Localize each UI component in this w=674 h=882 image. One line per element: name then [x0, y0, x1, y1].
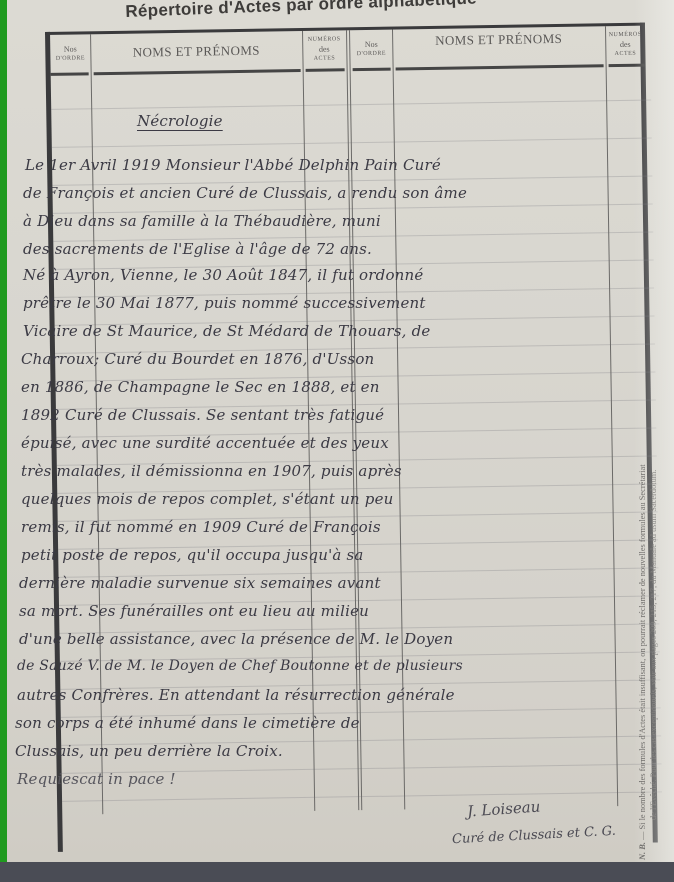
header-no-ordre-right: Nos d'ordre	[350, 30, 393, 69]
header-noms-left: NOMS ET PRÉNOMS	[90, 31, 303, 72]
header-rule	[51, 72, 89, 76]
side-note-line1: — Si le nombre des formules d'Actes étai…	[638, 464, 647, 840]
background-surface	[0, 862, 674, 882]
entry-line: autres Confrères. En attendant la résurr…	[17, 686, 607, 704]
entry-line: d'une belle assistance, avec la présence…	[19, 630, 609, 648]
entry-line: de Sauzé V. de M. le Doyen de Chef Bouto…	[17, 658, 607, 674]
header-label: Nos	[64, 44, 77, 54]
side-note-line2: de l'Evêché. Pour les cas exceptionnels,…	[648, 160, 659, 860]
header-label: d'ordre	[56, 54, 85, 63]
entry-line: quelques mois de repos complet, s'étant …	[21, 490, 611, 508]
header-numeros-right: numéros des actes	[605, 26, 646, 65]
entry-line: épuisé, avec une surdité accentuée et de…	[21, 434, 611, 452]
header-label: Nos	[365, 39, 378, 49]
header-label: actes	[615, 50, 637, 59]
header-label: NOMS ET PRÉNOMS	[435, 31, 562, 49]
book-title: Répertoire d'Actes par ordre alphabétiqu…	[125, 0, 585, 22]
entry-line: dernière maladie survenue six semaines a…	[19, 574, 609, 592]
header-rule	[306, 68, 345, 72]
header-label: d'ordre	[357, 49, 386, 58]
header-label: NOMS ET PRÉNOMS	[133, 43, 260, 61]
entry-line: sa mort. Ses funérailles ont eu lieu au …	[19, 602, 609, 620]
header-label: numéros	[308, 35, 341, 45]
entry-line: très malades, il démissionna en 1907, pu…	[21, 462, 611, 480]
entry-line: Requiescat in pace !	[17, 770, 607, 788]
entry-line: Charroux; Curé du Bourdet en 1876, d'Uss…	[21, 350, 611, 368]
entry-line: prêtre le 30 Mai 1877, puis nommé succes…	[23, 294, 613, 312]
side-note: N. B. — Si le nombre des formules d'Acte…	[637, 520, 674, 860]
entry-line: son corps a été inhumé dans le cimetière…	[15, 714, 605, 732]
entry-line: des sacrements de l'Eglise à l'âge de 72…	[23, 240, 613, 258]
header-label: numéros	[609, 31, 642, 41]
entry-line: Vicaire de St Maurice, de St Médard de T…	[23, 322, 613, 340]
header-rule	[609, 64, 645, 68]
entry-line: petit poste de repos, qu'il occupa jusqu…	[21, 546, 611, 564]
entry-line: 1892 Curé de Clussais. Se sentant très f…	[21, 406, 611, 424]
entry-line: remis, il fut nommé en 1909 Curé de Fran…	[21, 518, 611, 536]
header-noms-right: NOMS ET PRÉNOMS	[392, 26, 606, 67]
entry-line: Clussais, un peu derrière la Croix.	[15, 742, 605, 760]
register-page: Répertoire d'Actes par ordre alphabétiqu…	[7, 0, 674, 862]
entry-line: Né à Ayron, Vienne, le 30 Août 1847, il …	[23, 266, 613, 284]
header-label: actes	[314, 54, 336, 63]
entry-heading: Nécrologie	[137, 112, 674, 130]
header-label: des	[319, 45, 330, 55]
entry-line: à Dieu dans sa famille à la Thébaudière,…	[23, 212, 613, 230]
entry-line: de François et ancien Curé de Clussais, …	[23, 184, 613, 202]
entry-line: Le 1er Avril 1919 Monsieur l'Abbé Delphi…	[25, 156, 615, 174]
entry-line: en 1886, de Champagne le Sec en 1888, et…	[21, 378, 611, 396]
header-no-ordre-left: Nos d'ordre	[50, 34, 91, 73]
header-numeros-left: numéros des actes	[302, 30, 347, 69]
header-label: des	[620, 40, 631, 50]
side-note-lead: N. B.	[638, 842, 647, 860]
header-rule	[353, 68, 391, 72]
